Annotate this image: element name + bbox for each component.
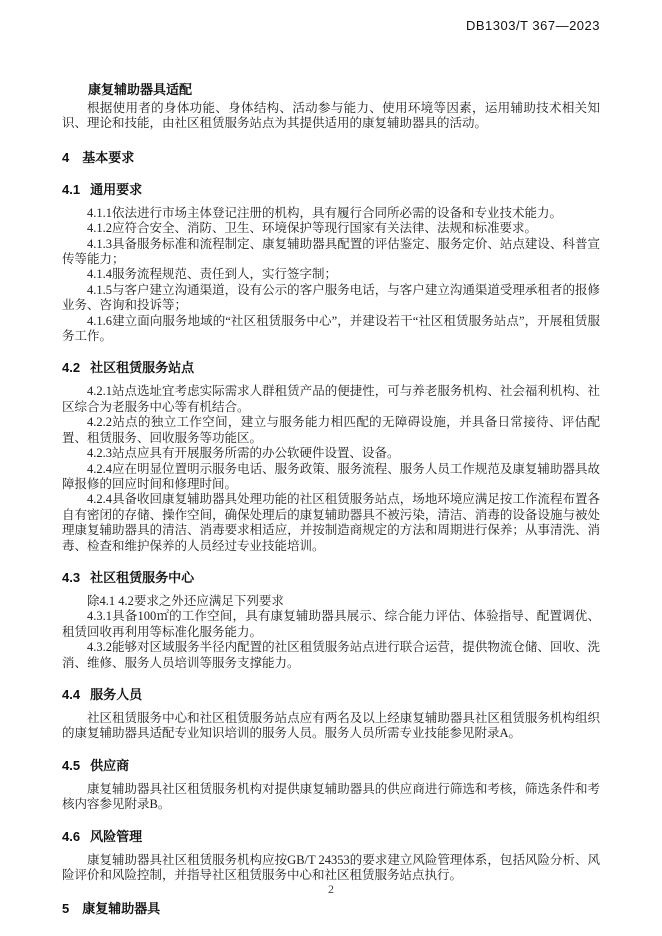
- clause-4-4-para: 社区租赁服务中心和社区租赁服务站点应有两名及以上经康复辅助器具社区租赁服务机构组…: [62, 711, 600, 742]
- heading-clause-4-5: 4.5供应商: [62, 755, 600, 774]
- heading-clause-4-1-title: 通用要求: [90, 182, 142, 197]
- clause-4-1-6: 4.1.6建立面向服务地域的“社区租赁服务中心”，并建设若干“社区租赁服务站点”…: [62, 314, 600, 345]
- heading-clause-5: 5康复辅助器具: [62, 898, 600, 917]
- heading-clause-4-4: 4.4服务人员: [62, 684, 600, 703]
- term-heading-rehab-device-fitting: 康复辅助器具适配: [62, 79, 600, 98]
- para-term-definition: 根据使用者的身体功能、身体结构、活动参与能力、使用环境等因素，运用辅助技术相关知…: [62, 101, 600, 132]
- heading-clause-4-4-title: 服务人员: [90, 687, 142, 702]
- clause-4-1-5: 4.1.5与客户建立沟通渠道，设有公示的客户服务电话，与客户建立沟通渠道受理承租…: [62, 283, 600, 314]
- clause-4-3-2: 4.3.2能够对区域服务半径内配置的社区租赁服务站点进行联合运营，提供物流仓储、…: [62, 640, 600, 671]
- heading-clause-4-5-number: 4.5: [62, 758, 80, 773]
- clause-4-1-4: 4.1.4服务流程规范、责任到人，实行签字制；: [62, 267, 600, 282]
- heading-clause-4-3-title: 社区租赁服务中心: [90, 570, 194, 585]
- page-content: DB1303/T 367—2023 康复辅助器具适配 根据使用者的身体功能、身体…: [0, 0, 662, 917]
- heading-clause-4-2-title: 社区租赁服务站点: [90, 360, 194, 375]
- clause-4-1-2: 4.1.2应符合安全、消防、卫生、环境保护等现行国家有关法律、法规和标准要求。: [62, 221, 600, 236]
- heading-clause-4-number: 4: [62, 150, 69, 165]
- heading-clause-4-6-title: 风险管理: [90, 829, 142, 844]
- heading-clause-4-title: 基本要求: [82, 150, 134, 165]
- clause-4-2-3: 4.2.3站点应具有开展服务所需的办公软硬件设置、设备。: [62, 446, 600, 461]
- doc-number-header: DB1303/T 367—2023: [62, 18, 600, 33]
- heading-clause-4-1-number: 4.1: [62, 182, 80, 197]
- heading-clause-4-4-number: 4.4: [62, 687, 80, 702]
- heading-clause-4-3-number: 4.3: [62, 570, 80, 585]
- document-page: DB1303/T 367—2023 康复辅助器具适配 根据使用者的身体功能、身体…: [0, 0, 662, 936]
- clause-4-3-intro: 除4.1 4.2要求之外还应满足下列要求: [62, 594, 600, 609]
- clause-4-2-4-a: 4.2.4应在明显位置明示服务电话、服务政策、服务流程、服务人员工作规范及康复辅…: [62, 462, 600, 493]
- heading-clause-4: 4基本要求: [62, 147, 600, 166]
- clause-4-2-1: 4.2.1站点选址宜考虑实际需求人群租赁产品的便捷性，可与养老服务机构、社会福利…: [62, 384, 600, 415]
- heading-clause-4-6: 4.6风险管理: [62, 826, 600, 845]
- clause-4-1-3: 4.1.3具备服务标准和流程制定、康复辅助器具配置的评估鉴定、服务定价、站点建设…: [62, 237, 600, 268]
- clause-4-3-1: 4.3.1具备100㎡的工作空间，具有康复辅助器具展示、综合能力评估、体验指导、…: [62, 609, 600, 640]
- heading-clause-4-6-number: 4.6: [62, 829, 80, 844]
- heading-clause-4-5-title: 供应商: [90, 758, 129, 773]
- page-number: 2: [0, 882, 662, 897]
- heading-clause-4-1: 4.1通用要求: [62, 179, 600, 198]
- heading-clause-4-2: 4.2社区租赁服务站点: [62, 357, 600, 376]
- heading-clause-4-2-number: 4.2: [62, 360, 80, 375]
- heading-clause-5-number: 5: [62, 901, 69, 916]
- clause-4-2-2: 4.2.2站点的独立工作空间，建立与服务能力相匹配的无障碍设施，并具备日常接待、…: [62, 415, 600, 446]
- heading-clause-4-3: 4.3社区租赁服务中心: [62, 567, 600, 586]
- clause-4-6-para: 康复辅助器具社区租赁服务机构应按GB/T 24353的要求建立风险管理体系，包括…: [62, 853, 600, 884]
- clause-4-5-para: 康复辅助器具社区租赁服务机构对提供康复辅助器具的供应商进行筛选和考核，筛选条件和…: [62, 782, 600, 813]
- heading-clause-5-title: 康复辅助器具: [82, 901, 160, 916]
- clause-4-2-4-b: 4.2.4具备收回康复辅助器具处理功能的社区租赁服务站点，场地环境应满足按工作流…: [62, 492, 600, 554]
- clause-4-1-1: 4.1.1依法进行市场主体登记注册的机构，具有履行合同所必需的设备和专业技术能力…: [62, 206, 600, 221]
